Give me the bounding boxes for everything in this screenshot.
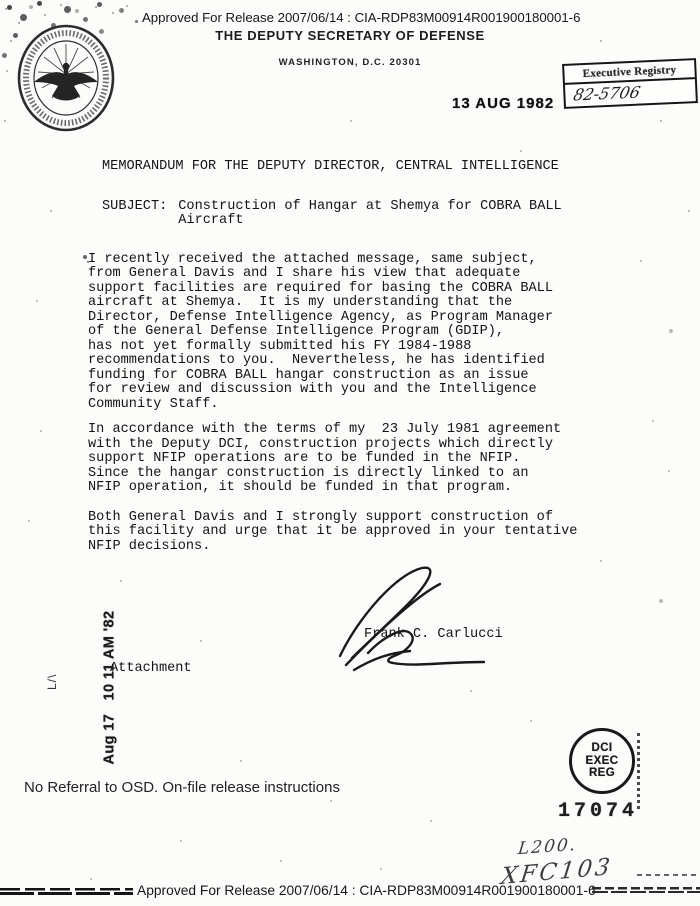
signature-typed-name: Frank C. Carlucci <box>364 627 503 642</box>
footer-dash-left <box>0 888 133 895</box>
subject-text: Construction of Hangar at Shemya for COB… <box>178 200 561 229</box>
memo-addressee-line: MEMORANDUM FOR THE DEPUTY DIRECTOR, CENT… <box>102 160 590 175</box>
registry-control-number: 17074 <box>558 800 638 823</box>
executive-registry-stamp: Executive Registry 82-5706 <box>562 58 698 109</box>
memo-paragraph-1: I recently received the attached message… <box>88 253 590 413</box>
corner-ink-specks <box>0 0 3 3</box>
footer-dash-right <box>592 887 700 894</box>
memo-paragraph-2: In accordance with the terms of my 23 Ju… <box>88 423 590 496</box>
referral-note: No Referral to OSD. On-file release inst… <box>24 779 340 796</box>
dci-stamp-line3: REG <box>589 767 615 780</box>
dash-under-handwriting <box>637 874 700 876</box>
dci-stamp-line2: EXEC <box>586 755 619 768</box>
memo-document-page: Approved For Release 2007/06/14 : CIA-RD… <box>0 0 700 906</box>
margin-mark: L/\ <box>45 650 59 690</box>
dci-exec-reg-stamp: DCI EXEC REG <box>569 728 635 794</box>
dotted-mark <box>637 733 640 809</box>
memo-paragraph-3: Both General Davis and I strongly suppor… <box>88 511 590 555</box>
date-received-stamp: 13 AUG 1982 <box>452 95 554 112</box>
memo-subject-row: SUBJECT: Construction of Hangar at Shemy… <box>102 200 590 229</box>
dci-stamp-line1: DCI <box>591 742 612 755</box>
signature-ink <box>318 558 488 678</box>
subject-label: SUBJECT: <box>102 200 167 229</box>
memo-body: MEMORANDUM FOR THE DEPUTY DIRECTOR, CENT… <box>88 160 590 554</box>
handwritten-note-1: L200. <box>517 835 578 859</box>
executive-registry-number: 82-5706 <box>563 79 697 107</box>
release-line-top: Approved For Release 2007/06/14 : CIA-RD… <box>142 10 580 25</box>
received-time-stamp: Aug 17 10 11 AM '82 <box>102 610 120 765</box>
release-line-bottom: Approved For Release 2007/06/14 : CIA-RD… <box>137 883 596 898</box>
dod-seal-icon <box>16 22 116 139</box>
attachment-note: Attachment <box>110 661 192 676</box>
